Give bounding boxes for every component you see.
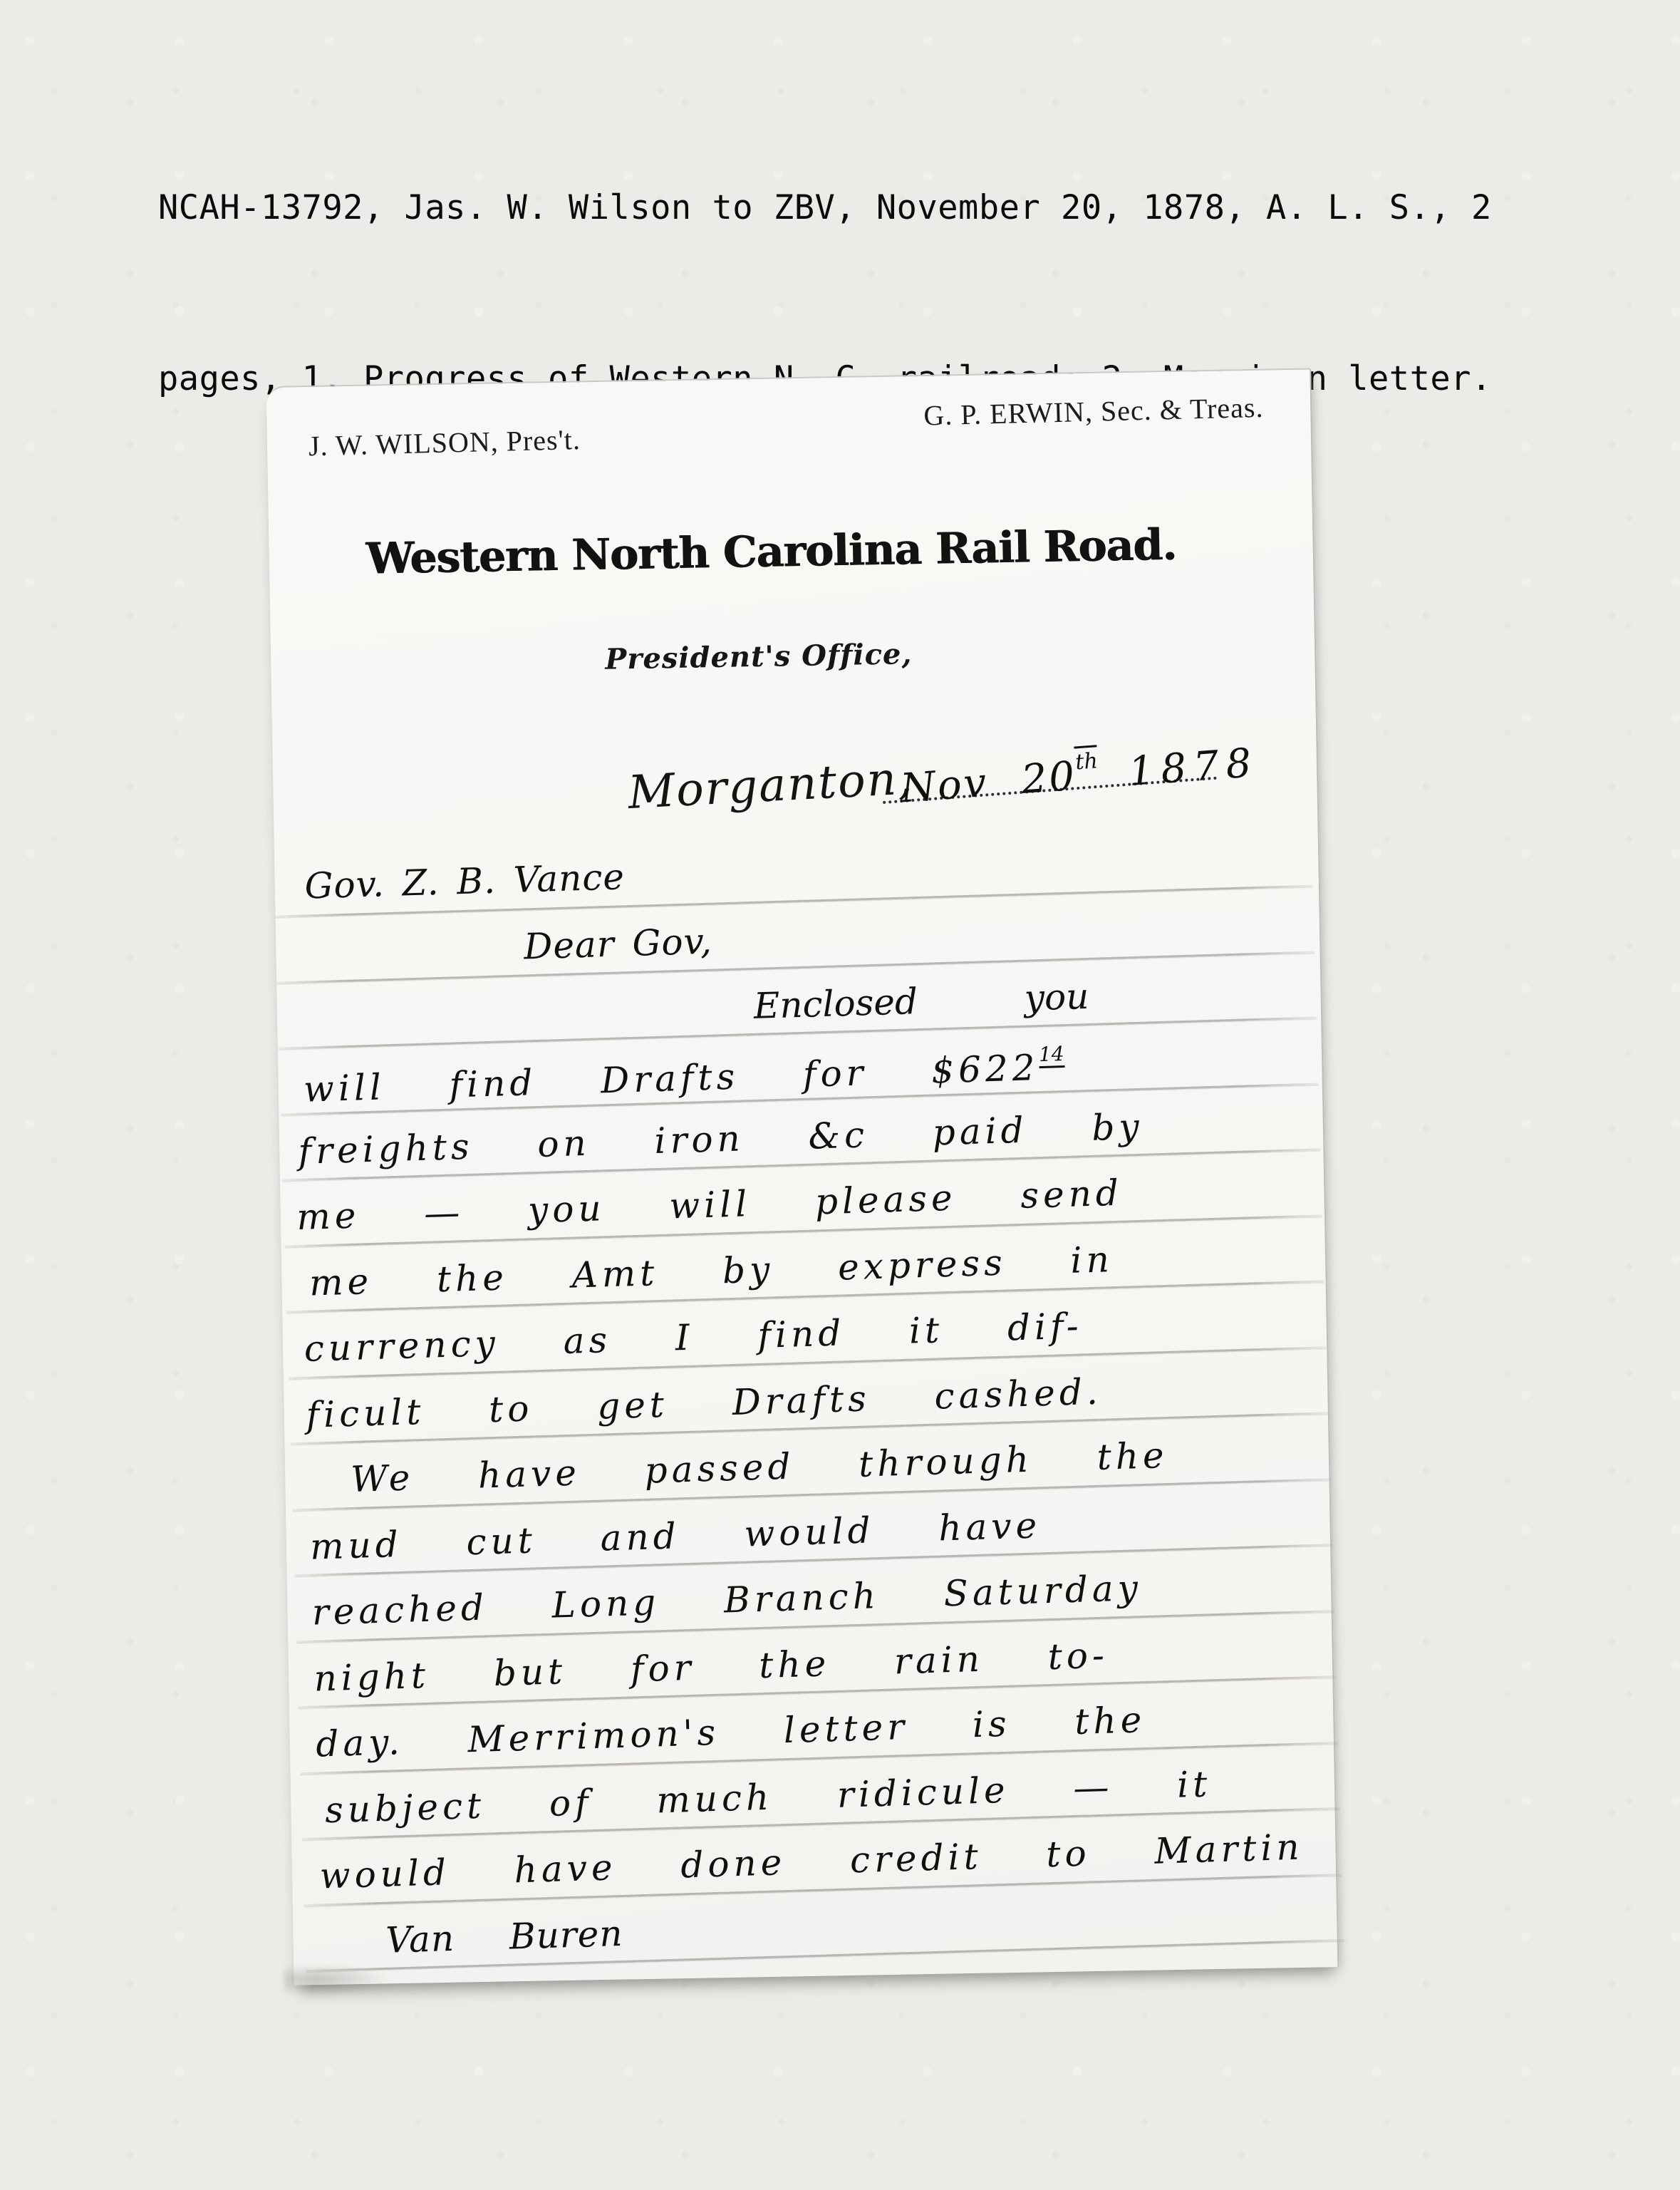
- opening-line: Enclosedyou: [753, 976, 1089, 1027]
- body-line: me — you will please send: [296, 1173, 1124, 1239]
- amount-text: will find Drafts for $622: [303, 1047, 1039, 1110]
- amount-line: will find Drafts for $62214: [303, 1043, 1065, 1110]
- body-line: Van Buren: [385, 1913, 624, 1961]
- body-line: day. Merrimon's letter is the: [315, 1700, 1146, 1765]
- letter-sheet: J. W. WILSON, Pres't. G. P. ERWIN, Sec. …: [266, 368, 1339, 1985]
- body-line: would have done credit to Martin: [319, 1827, 1304, 1897]
- recipient-line: Gov. Z. B. Vance: [304, 857, 626, 907]
- opening-word: Enclosed: [753, 981, 918, 1027]
- scan-smudge: [284, 1962, 391, 1997]
- body-line: currency as I find it dif-: [304, 1306, 1083, 1370]
- archive-caption-line1: NCAH-13792, Jas. W. Wilson to ZBV, Novem…: [158, 180, 1492, 237]
- body-line: freights on iron &c paid by: [298, 1107, 1144, 1173]
- salutation-line: Dear Gov,: [523, 921, 712, 968]
- body-line: reached Long Branch Saturday: [311, 1568, 1143, 1633]
- body-line: me the Amt by express in: [308, 1239, 1114, 1304]
- body-line: mud cut and would have: [309, 1505, 1042, 1568]
- opening-continuation: you: [1024, 976, 1089, 1019]
- scanned-page: NCAH-13792, Jas. W. Wilson to ZBV, Novem…: [0, 0, 1680, 2190]
- body-line: subject of much ridicule — it: [324, 1764, 1212, 1831]
- body-line: night but for the rain to-: [313, 1636, 1109, 1700]
- amount-cents: 14: [1038, 1042, 1064, 1068]
- body-line: ficult to get Drafts cashed.: [306, 1372, 1103, 1437]
- body-line: We have passed through the: [350, 1435, 1168, 1501]
- ruled-line: [277, 951, 1315, 983]
- writing-area: Gov. Z. B. Vance Dear Gov, Enclosedyou w…: [256, 363, 1347, 1991]
